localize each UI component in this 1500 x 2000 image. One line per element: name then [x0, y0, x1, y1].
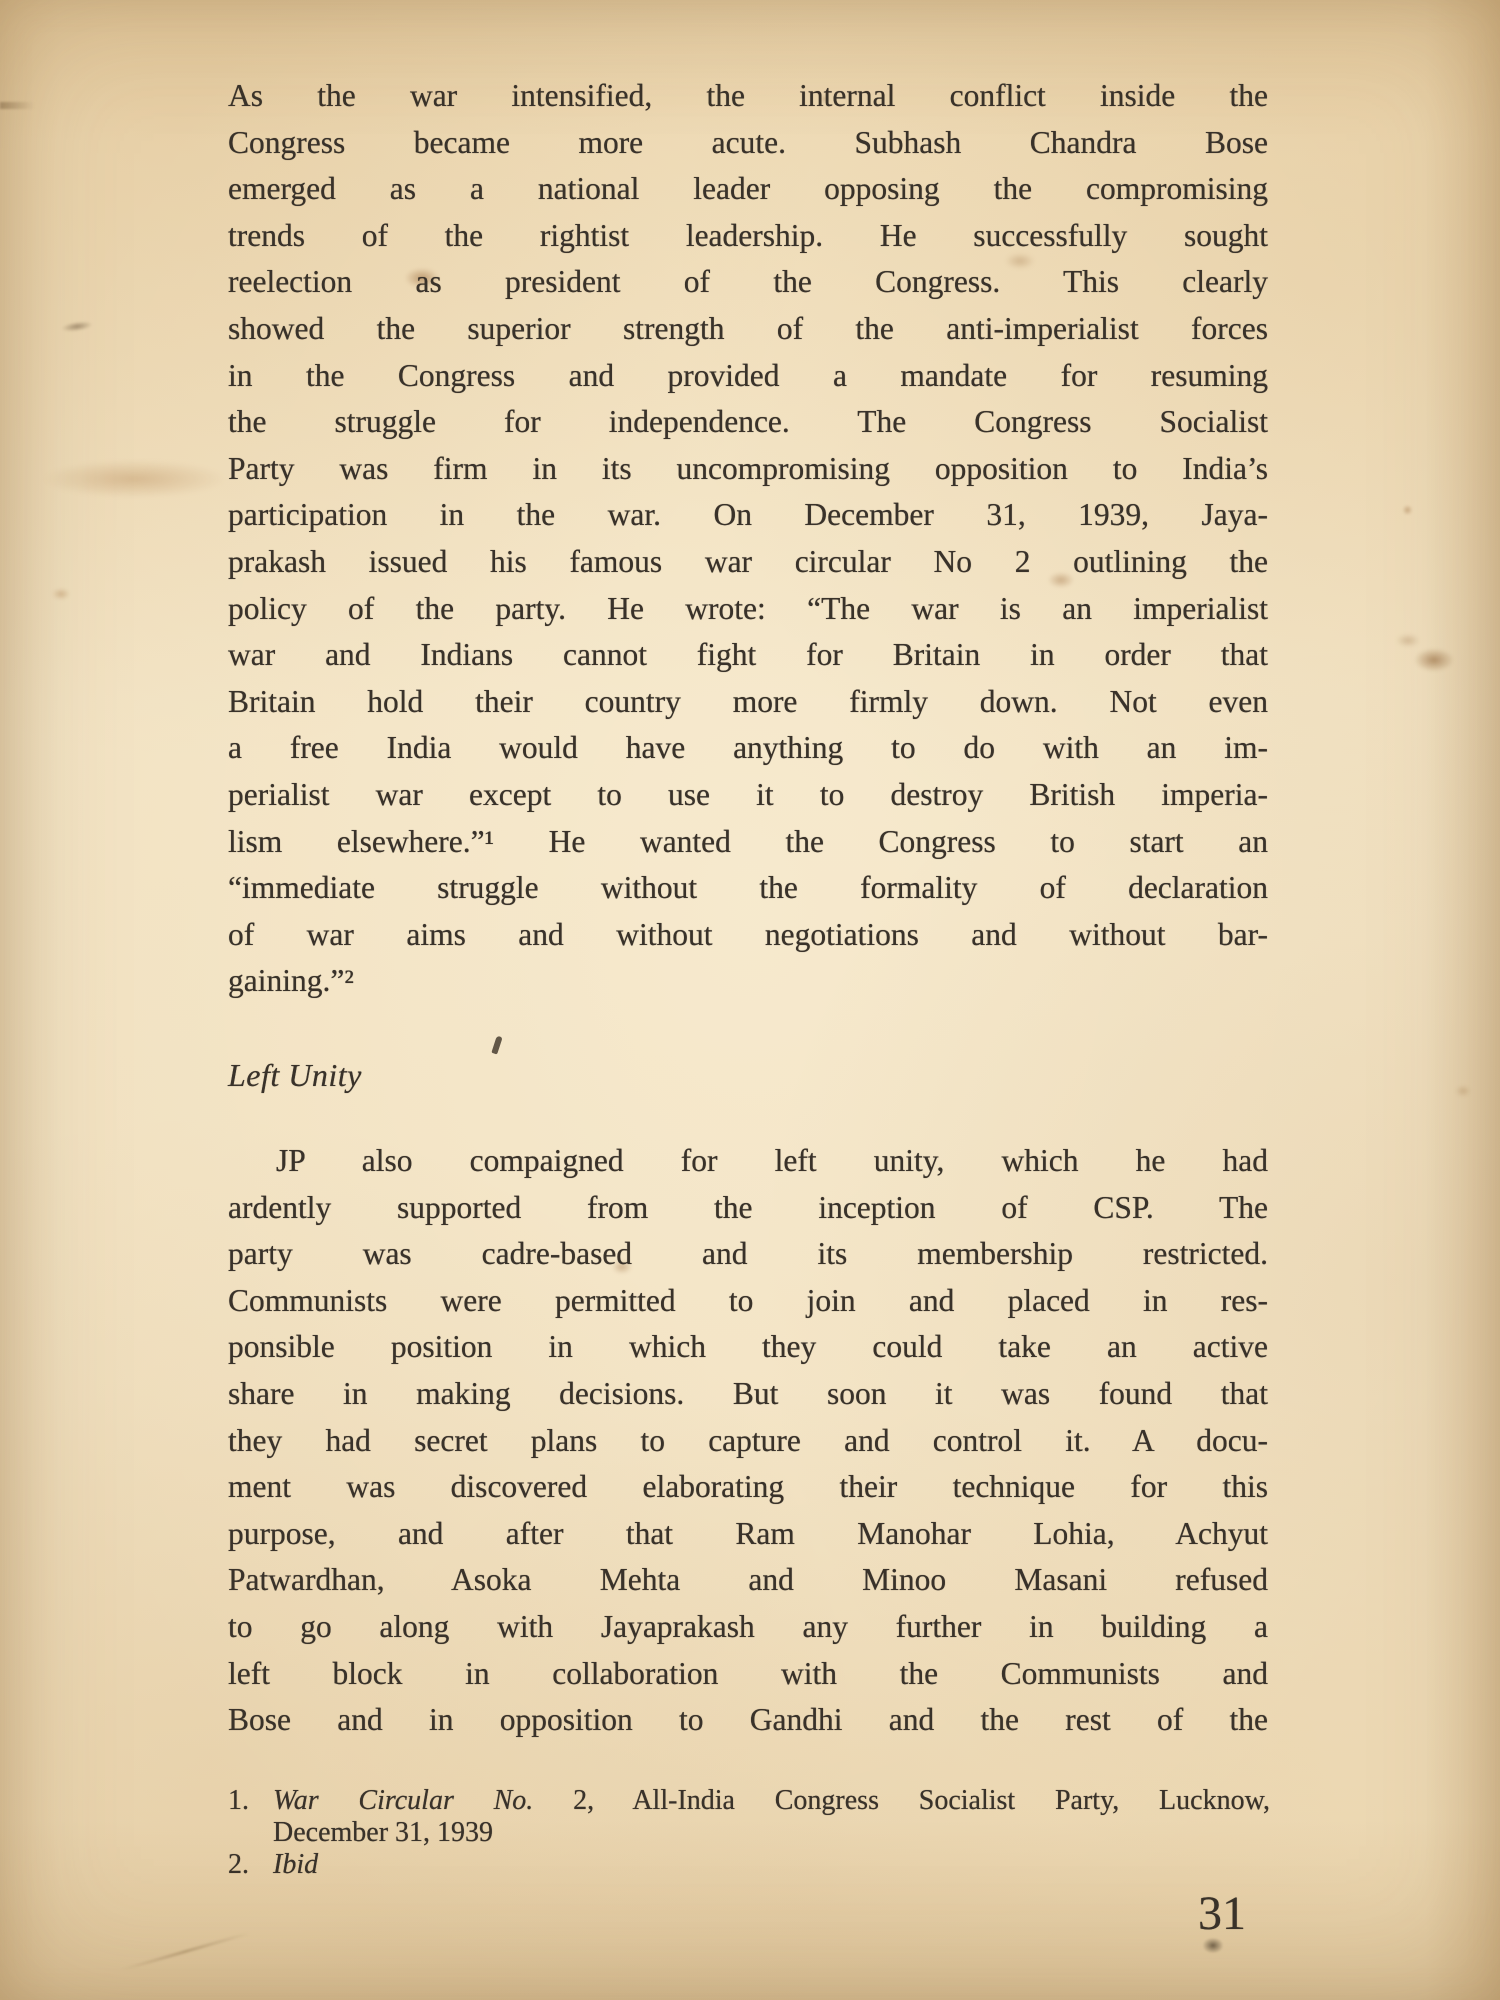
text-line: Patwardhan, Asoka Mehta and Minoo Masani… [228, 1557, 1268, 1604]
footnote-1-line-2: December 31, 1939 [228, 1817, 1270, 1849]
text-line: in the Congress and provided a mandate f… [228, 353, 1268, 400]
text-line: prakash issued his famous war circular N… [228, 539, 1268, 586]
section-heading: Left Unity [228, 1052, 362, 1099]
text-line: “immediate struggle without the formalit… [228, 865, 1268, 912]
text-line: left block in collaboration with the Com… [228, 1651, 1268, 1698]
text-line: perialist war except to use it to destro… [228, 772, 1268, 819]
text-line: participation in the war. On December 31… [228, 492, 1268, 539]
book-page: As the war intensified, the internal con… [0, 0, 1500, 2000]
text-line: purpose, and after that Ram Manohar Lohi… [228, 1511, 1268, 1558]
text-line: Communists were permitted to join and pl… [228, 1278, 1268, 1325]
text-line: they had secret plans to capture and con… [228, 1418, 1268, 1465]
text-line: ardently supported from the inception of… [228, 1185, 1268, 1232]
text-line: Britain hold their country more firmly d… [228, 679, 1268, 726]
footnote-number: 1. [228, 1785, 273, 1817]
text-line: share in making decisions. But soon it w… [228, 1371, 1268, 1418]
text-line: As the war intensified, the internal con… [228, 73, 1268, 120]
page-number: 31 [1192, 1890, 1252, 1938]
text-line: party was cadre-based and its membership… [228, 1231, 1268, 1278]
text-line: of war aims and without negotiations and… [228, 912, 1268, 959]
footnote-2: 2. Ibid [228, 1849, 1270, 1881]
text-line: policy of the party. He wrote: “The war … [228, 586, 1268, 633]
printed-text-layer: As the war intensified, the internal con… [0, 0, 1500, 2000]
footnote-1-line-1: 1. War Circular No. 2, All-India Congres… [228, 1785, 1270, 1817]
text-line: JP also compaigned for left unity, which… [228, 1138, 1268, 1185]
text-line: lism elsewhere.”¹ He wanted the Congress… [228, 819, 1268, 866]
text-line: showed the superior strength of the anti… [228, 306, 1268, 353]
footnote-number-spacer [228, 1817, 273, 1849]
text-line: reelection as president of the Congress.… [228, 259, 1268, 306]
paragraph-war-conflict: As the war intensified, the internal con… [228, 73, 1268, 1005]
text-line: Bose and in opposition to Gandhi and the… [228, 1697, 1268, 1744]
text-line: war and Indians cannot fight for Britain… [228, 632, 1268, 679]
text-line: emerged as a national leader opposing th… [228, 166, 1268, 213]
footnotes: 1. War Circular No. 2, All-India Congres… [228, 1785, 1270, 1881]
text-line: ment was discovered elaborating their te… [228, 1464, 1268, 1511]
footnote-text: War Circular No. 2, All-India Congress S… [273, 1785, 1270, 1817]
text-line: trends of the rightist leadership. He su… [228, 213, 1268, 260]
stray-apostrophe-mark: ’ [491, 1036, 502, 1055]
footnote-citation-rest: 2, All-India Congress Socialist Party, L… [533, 1785, 1270, 1816]
text-line: to go along with Jayaprakash any further… [228, 1604, 1268, 1651]
footnote-text: Ibid [273, 1849, 1270, 1881]
text-line: the struggle for independence. The Congr… [228, 399, 1268, 446]
text-line: Party was firm in its uncompromising opp… [228, 446, 1268, 493]
footnote-text: December 31, 1939 [273, 1817, 1270, 1849]
text-line: ponsible position in which they could ta… [228, 1324, 1268, 1371]
text-line: a free India would have anything to do w… [228, 725, 1268, 772]
text-line: Congress became more acute. Subhash Chan… [228, 120, 1268, 167]
text-line: gaining.”² [228, 958, 1268, 1005]
footnote-citation-title: War Circular No. [273, 1785, 533, 1816]
paragraph-left-unity: JP also compaigned for left unity, which… [228, 1138, 1268, 1744]
footnote-number: 2. [228, 1849, 273, 1881]
